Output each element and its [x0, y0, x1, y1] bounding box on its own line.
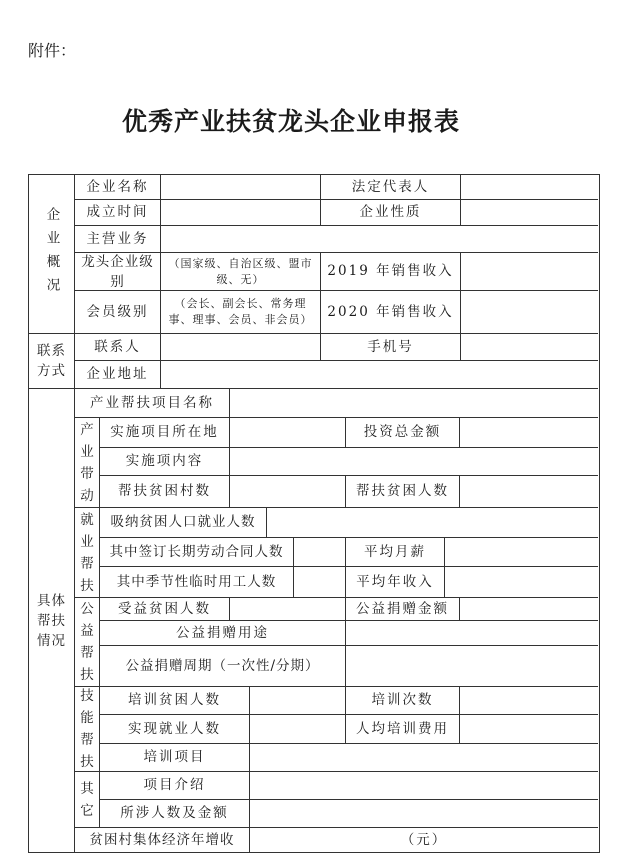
villages-helped-field[interactable]: [230, 476, 346, 508]
legal-rep-field[interactable]: [461, 175, 598, 200]
label-address: 企业地址: [75, 361, 161, 389]
project-content-field[interactable]: [230, 448, 598, 476]
label-project-name: 产业帮扶项目名称: [75, 389, 230, 418]
project-name-field[interactable]: [230, 389, 598, 418]
mobile-field[interactable]: [461, 334, 598, 361]
label-legal-rep: 法定代表人: [321, 175, 461, 200]
label-employed-poor: 吸纳贫困人口就业人数: [100, 508, 267, 538]
label-project-intro: 项目介绍: [100, 772, 250, 800]
beneficiaries-field[interactable]: [230, 598, 346, 621]
label-long-term-contracts: 其中签订长期劳动合同人数: [100, 538, 294, 567]
label-mobile: 手机号: [321, 334, 461, 361]
project-intro-field[interactable]: [250, 772, 598, 800]
label-villages-helped: 帮扶贫困村数: [100, 476, 230, 508]
company-nature-field[interactable]: [461, 200, 598, 226]
contact-person-field[interactable]: [161, 334, 321, 361]
label-company-nature: 企业性质: [321, 200, 461, 226]
long-term-contracts-field[interactable]: [294, 538, 346, 567]
label-main-business: 主营业务: [75, 226, 161, 253]
village-income-increase-field[interactable]: （元）: [250, 828, 598, 852]
label-project-content: 实施项内容: [100, 448, 230, 476]
label-trainees: 培训贫困人数: [100, 687, 250, 715]
label-donation-purpose: 公益捐赠用途: [100, 621, 346, 646]
label-leader-level: 龙头企业级别: [75, 253, 161, 291]
label-people-helped: 帮扶贫困人数: [346, 476, 460, 508]
label-project-location: 实施项目所在地: [100, 418, 230, 448]
training-cost-field[interactable]: [460, 715, 598, 744]
unit-yuan-label: （元）: [401, 832, 448, 849]
label-sales-2019: 2019 年销售收入: [321, 253, 461, 291]
employed-after-training-field[interactable]: [250, 715, 346, 744]
label-contact-person: 联系人: [75, 334, 161, 361]
attachment-label: 附件：: [28, 38, 76, 61]
label-training-cost: 人均培训费用: [346, 715, 460, 744]
section-other: 其它: [75, 772, 100, 828]
page-title: 优秀产业扶贫龙头企业申报表: [0, 102, 622, 138]
employed-poor-field[interactable]: [267, 508, 598, 538]
label-donation-period: 公益捐赠周期（一次性/分期）: [100, 646, 346, 687]
section-industry: 产业带动: [75, 418, 100, 508]
section-overview-label: 企业概况: [41, 207, 63, 301]
avg-monthly-salary-field[interactable]: [445, 538, 598, 567]
label-sales-2020: 2020 年销售收入: [321, 291, 461, 334]
people-helped-field[interactable]: [460, 476, 598, 508]
donation-purpose-field[interactable]: [346, 621, 598, 646]
section-charity: 公益帮扶: [75, 598, 100, 687]
label-training-items: 培训项目: [100, 744, 250, 772]
training-items-field[interactable]: [250, 744, 598, 772]
label-village-income-increase: 贫困村集体经济年增收: [75, 828, 250, 852]
application-form-table: 企业概况 企业名称 法定代表人 成立时间 企业性质 主营业务 龙头企业级别 （国…: [28, 174, 600, 853]
label-beneficiaries: 受益贫困人数: [100, 598, 230, 621]
total-investment-field[interactable]: [460, 418, 598, 448]
training-sessions-field[interactable]: [460, 687, 598, 715]
section-employment: 就业帮扶: [75, 508, 100, 598]
label-company-name: 企业名称: [75, 175, 161, 200]
section-contact: 联系方式: [29, 334, 75, 389]
donation-period-field[interactable]: [346, 646, 598, 687]
donation-amount-field[interactable]: [460, 598, 598, 621]
section-skill: 技能帮扶: [75, 687, 100, 772]
label-seasonal-workers: 其中季节性临时用工人数: [100, 567, 294, 598]
label-training-sessions: 培训次数: [346, 687, 460, 715]
founded-field[interactable]: [161, 200, 321, 226]
label-avg-monthly-salary: 平均月薪: [346, 538, 445, 567]
section-assistance: 具体帮扶情况: [29, 389, 75, 852]
label-avg-annual-income: 平均年收入: [346, 567, 445, 598]
sales-2020-field[interactable]: [461, 291, 598, 334]
label-donation-amount: 公益捐赠金额: [346, 598, 460, 621]
label-member-level: 会员级别: [75, 291, 161, 334]
section-overview: 企业概况: [29, 175, 75, 334]
label-total-investment: 投资总金额: [346, 418, 460, 448]
seasonal-workers-field[interactable]: [294, 567, 346, 598]
leader-level-field[interactable]: （国家级、自治区级、盟市级、无）: [161, 253, 321, 291]
trainees-field[interactable]: [250, 687, 346, 715]
avg-annual-income-field[interactable]: [445, 567, 598, 598]
company-name-field[interactable]: [161, 175, 321, 200]
people-and-amount-field[interactable]: [250, 800, 598, 828]
address-field[interactable]: [161, 361, 598, 389]
label-people-and-amount: 所涉人数及金额: [100, 800, 250, 828]
main-business-field[interactable]: [161, 226, 598, 253]
label-employed-after-training: 实现就业人数: [100, 715, 250, 744]
label-founded: 成立时间: [75, 200, 161, 226]
sales-2019-field[interactable]: [461, 253, 598, 291]
project-location-field[interactable]: [230, 418, 346, 448]
member-level-field[interactable]: （会长、副会长、常务理事、理事、会员、非会员）: [161, 291, 321, 334]
